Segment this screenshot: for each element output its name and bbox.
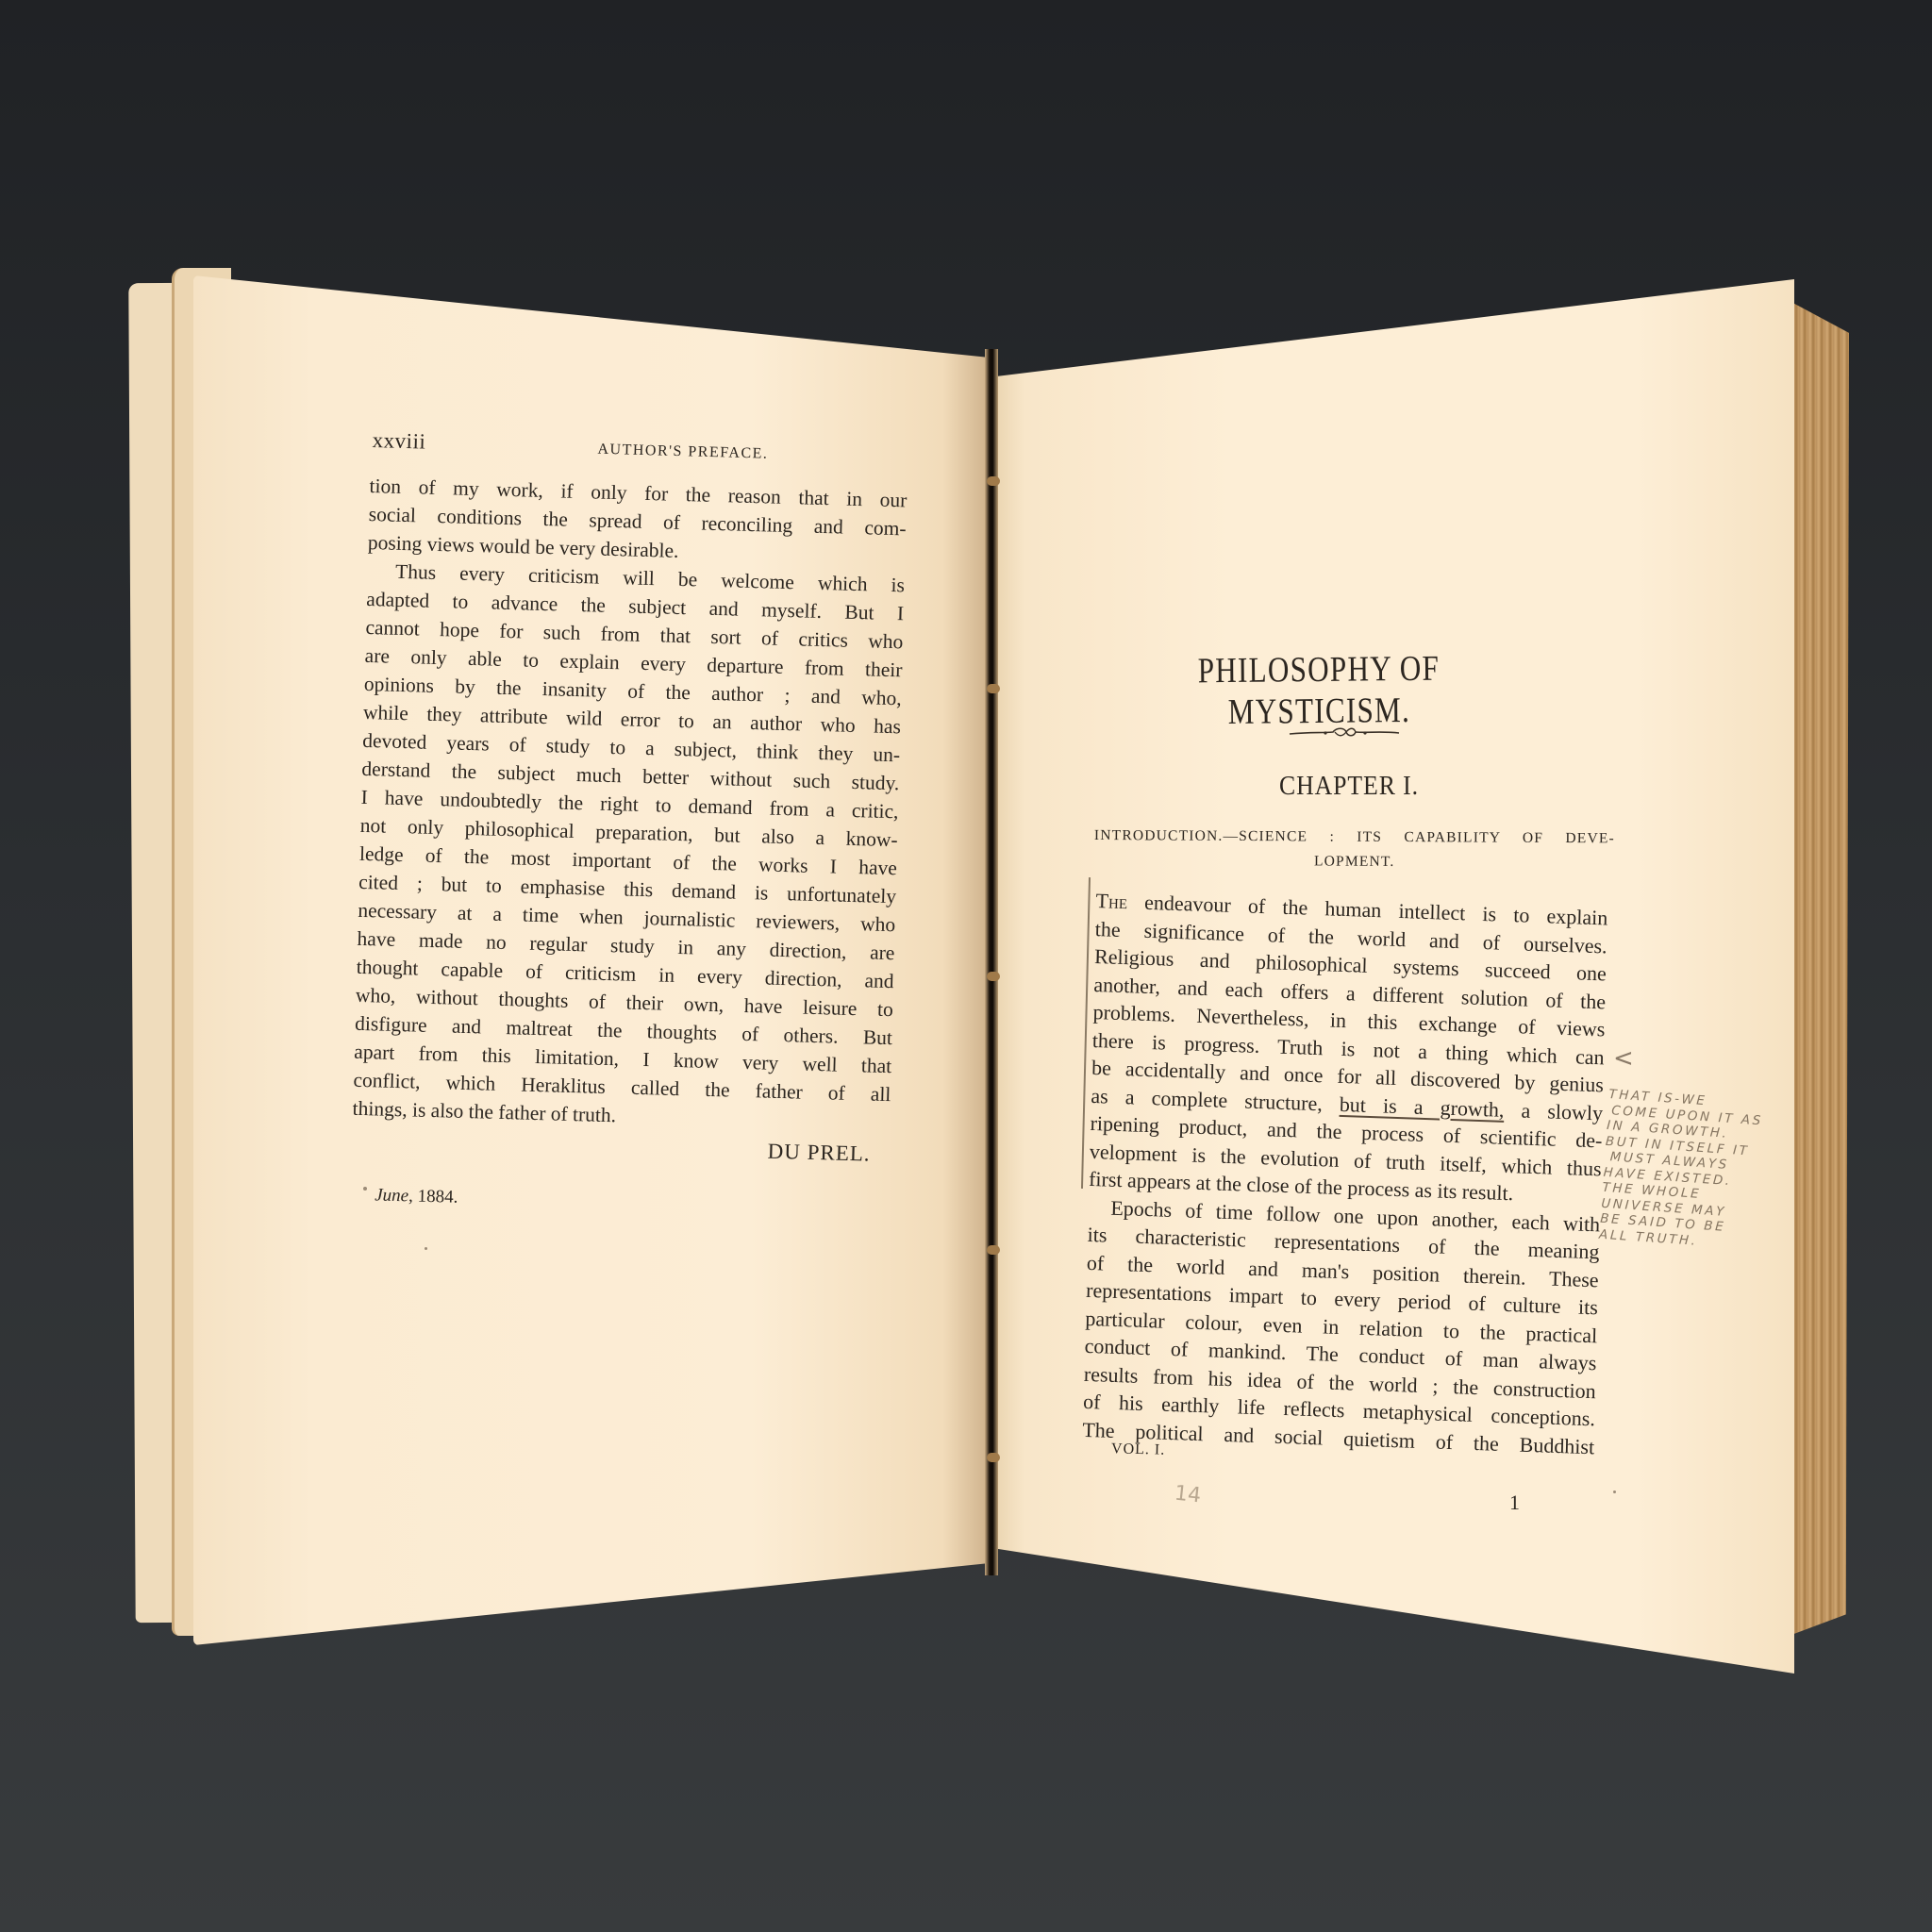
- date-year: , 1884.: [408, 1186, 458, 1207]
- volume-signature-mark: VOL. I.: [1111, 1441, 1166, 1458]
- binding-stitch: [987, 1453, 1000, 1462]
- date-month: June: [375, 1185, 408, 1206]
- subtitle-line: LOPMENT.: [1094, 848, 1615, 875]
- paper-speck: [363, 1187, 367, 1191]
- binding-stitch: [987, 476, 1000, 486]
- preface-text: tion of my work, if only for the reason …: [350, 472, 908, 1224]
- running-title: AUTHOR'S PREFACE.: [597, 441, 768, 463]
- binding-stitch: [987, 972, 1000, 981]
- page-number-roman: xxviii: [372, 428, 425, 455]
- subtitle-line: INTRODUCTION.—SCIENCE : ITS CAPABILITY O…: [1094, 824, 1615, 851]
- chapter-title: CHAPTER I.: [1236, 772, 1461, 802]
- lead-word: The: [1095, 889, 1127, 913]
- paper-speck: [425, 1247, 427, 1250]
- flourish-ornament-icon: [1288, 722, 1401, 744]
- chapter-subtitle: INTRODUCTION.—SCIENCE : ITS CAPABILITY O…: [1094, 824, 1615, 875]
- book-gutter: [985, 349, 998, 1575]
- chapter-body-text: The endeavour of the human intellect is …: [1082, 887, 1608, 1460]
- pencil-number: 14: [1174, 1482, 1202, 1508]
- binding-stitch: [987, 684, 1000, 693]
- underlined-phrase: but is a growth,: [1340, 1091, 1505, 1121]
- paragraph: tion of my work, if only for the reason …: [368, 472, 908, 571]
- paper-speck: [1613, 1491, 1616, 1493]
- handwritten-annotation: THAT IS-WE COME UPON IT AS IN A GROWTH. …: [1598, 1087, 1797, 1256]
- pencil-arrow-icon: <: [1613, 1044, 1634, 1073]
- open-book: xxviii AUTHOR'S PREFACE. tion of my work…: [0, 0, 1932, 1932]
- paragraph: Thus every criticism will be welcome whi…: [352, 557, 905, 1137]
- binding-stitch: [987, 1245, 1000, 1255]
- page-number: 1: [1509, 1491, 1520, 1515]
